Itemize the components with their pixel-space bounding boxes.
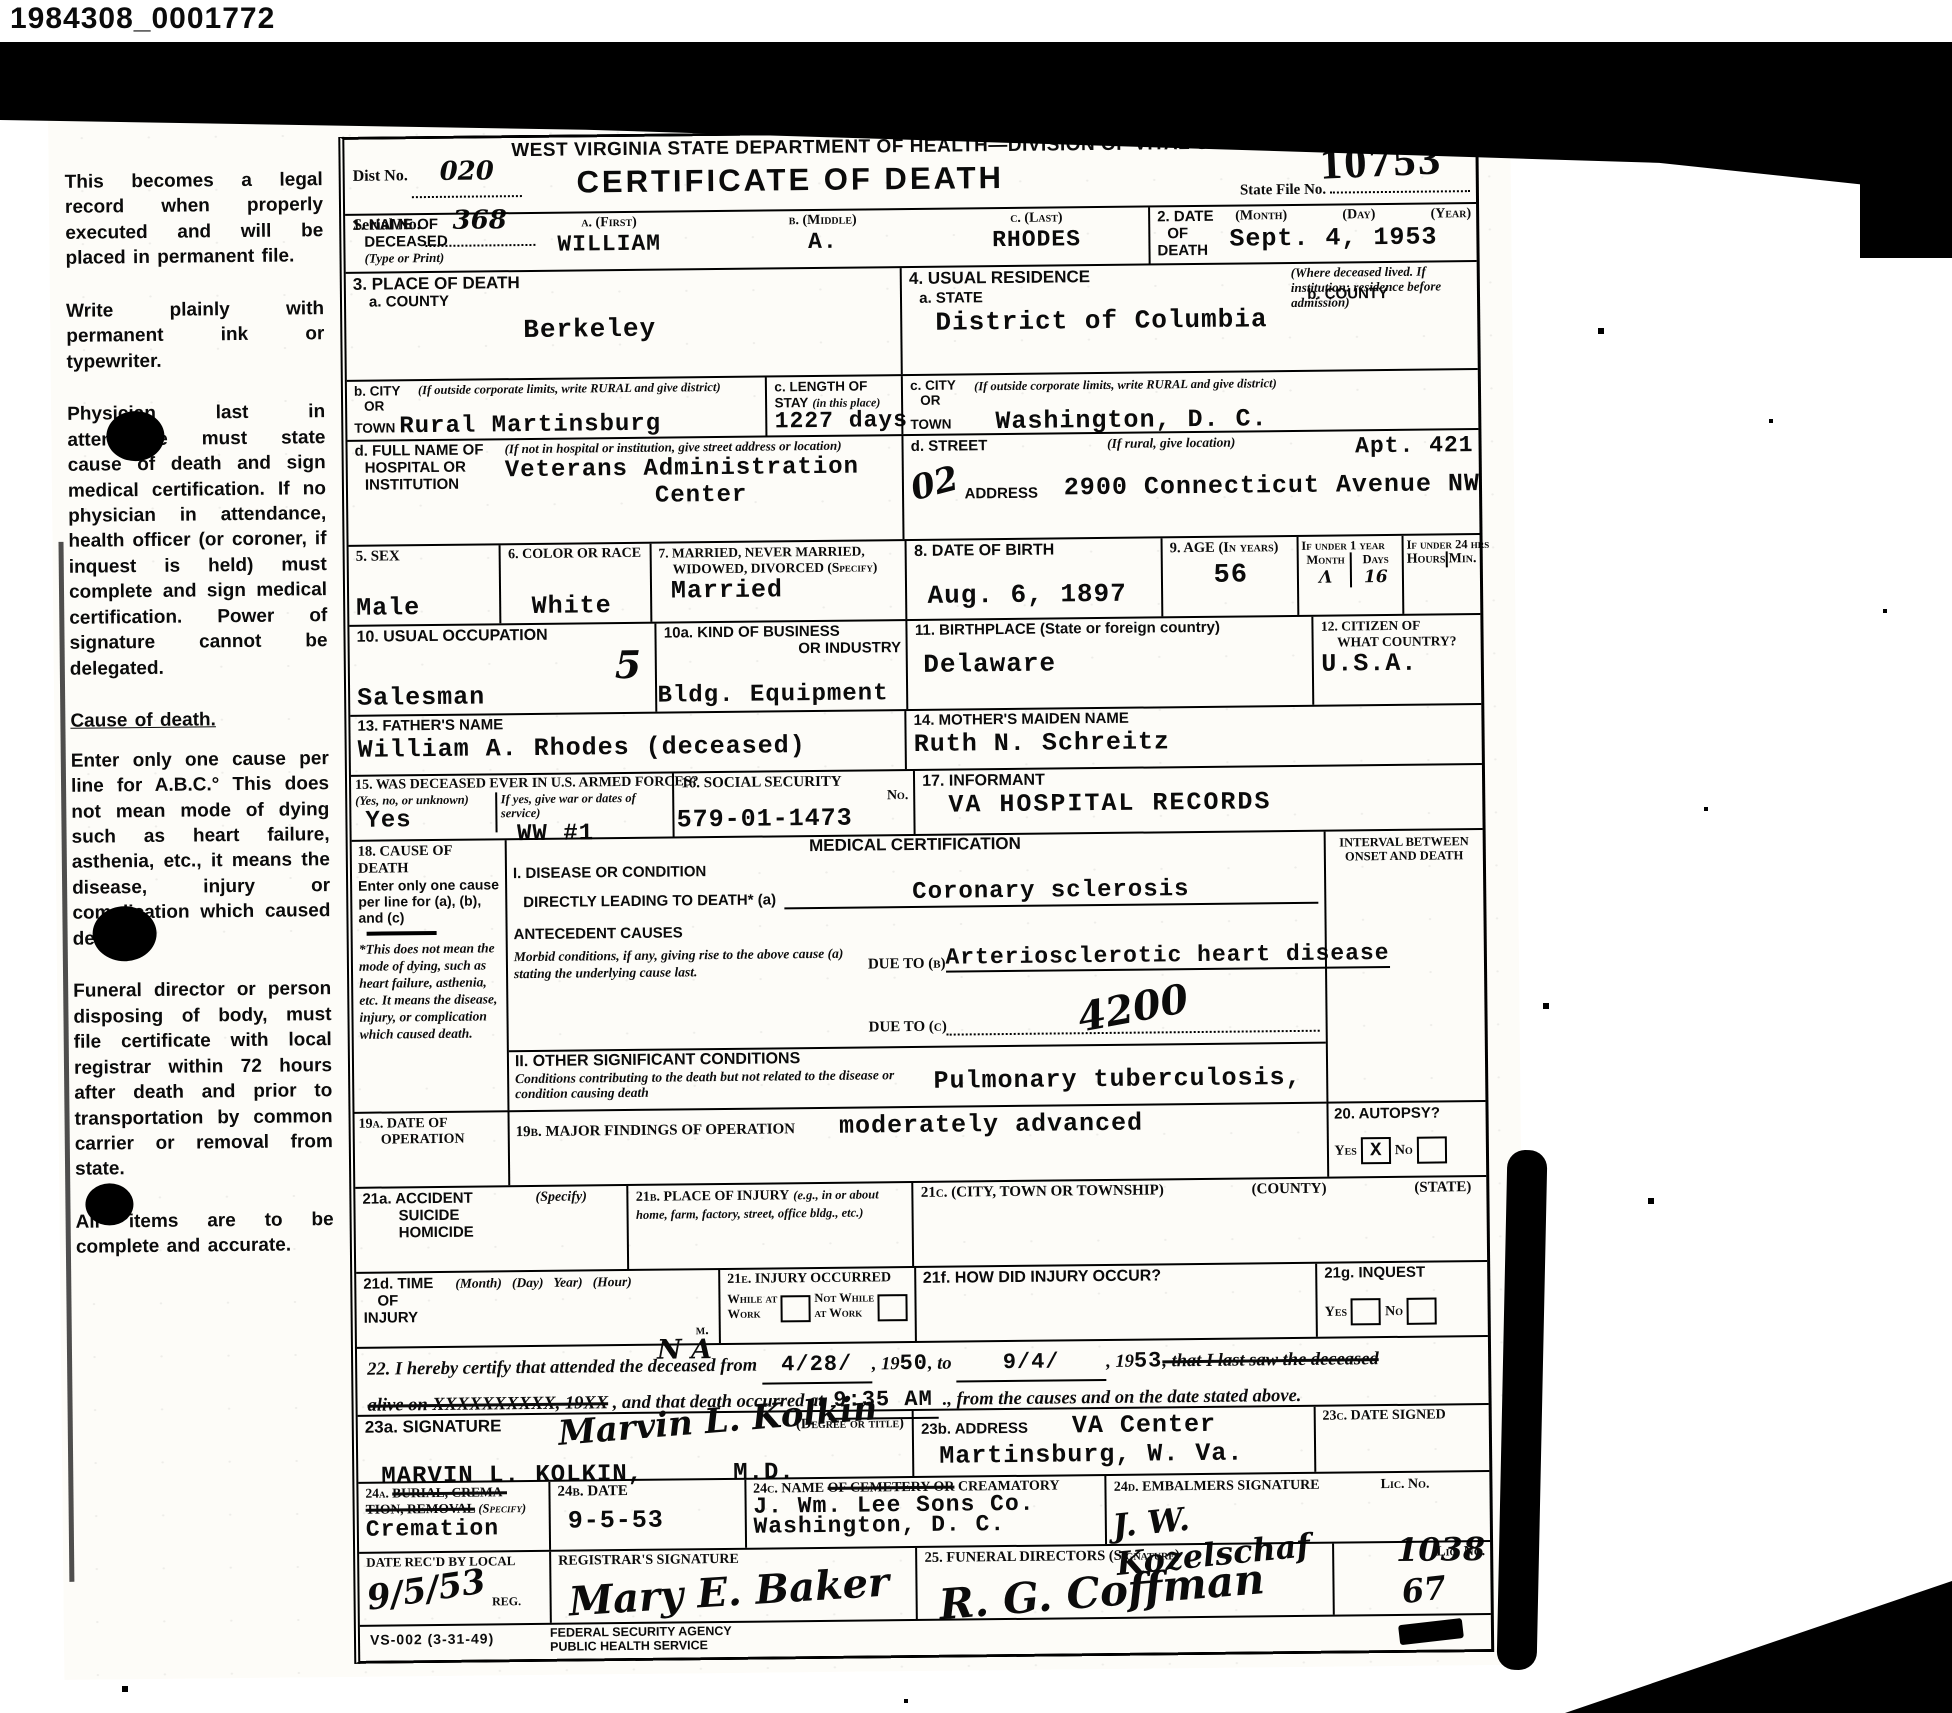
- row-21abc: 21a. ACCIDENT (Specify) SUICIDE HOMICIDE…: [355, 1175, 1487, 1272]
- injury-city-label: 21c. (CITY, TOWN OR TOWNSHIP): [921, 1182, 1164, 1202]
- row-occupation: 10. USUAL OCCUPATION Salesman 5 10a. KIN…: [349, 613, 1481, 715]
- field-25-funeral-director: 25. FUNERAL DIRECTORS (Signature) R. G. …: [916, 1544, 1333, 1619]
- how-injury-label: 21f. HOW DID INJURY OCCUR?: [923, 1266, 1311, 1288]
- under1-month-mark: Λ: [1302, 567, 1350, 588]
- disposition-value: Cremation: [366, 1515, 544, 1543]
- field-20-autopsy: 20. AUTOPSY? Yes X No: [1326, 1100, 1486, 1177]
- field-9-under-24-hrs: If under 24 hrs Hours Min.: [1401, 535, 1480, 614]
- field-3d-hospital: d. FULL NAME OF HOSPITAL OR INSTITUTION …: [347, 436, 902, 545]
- marital-label-1: 7. MARRIED, NEVER MARRIED,: [658, 543, 900, 561]
- field-24d-embalmer: 24d. EMBALMERS SIGNATURE Lic. No. J. W. …: [1105, 1472, 1490, 1544]
- other-conditions-value: Pulmonary tuberculosis,: [933, 1063, 1301, 1098]
- forces-war-note: If yes, give war or dates of service): [501, 791, 673, 822]
- ssn-value: 579-01-1473: [676, 804, 852, 835]
- certify-struck-1: , that I last saw the deceased: [1162, 1349, 1379, 1371]
- field-11-birthplace: 11. BIRTHPLACE (State or foreign country…: [906, 617, 1313, 709]
- sex-value: Male: [356, 593, 420, 623]
- agency-line-2: PUBLIC HEALTH SERVICE: [550, 1639, 708, 1655]
- field-21a-accident-suicide-homicide: 21a. ACCIDENT (Specify) SUICIDE HOMICIDE: [355, 1186, 627, 1272]
- certify-to-label: , to: [928, 1354, 952, 1374]
- accident-label-3: HOMICIDE: [363, 1223, 623, 1243]
- field-19b-major-findings: 19b. MAJOR FINDINGS OF OPERATION moderat…: [509, 1102, 1326, 1186]
- certify-hand-na: N A: [657, 1329, 712, 1371]
- field-21g-inquest: 21g. INQUEST Yes No: [1315, 1262, 1488, 1337]
- medical-certification-section: 18. CAUSE OF DEATH Enter only one cause …: [352, 828, 1487, 1187]
- accident-label-1: 21a. ACCIDENT: [362, 1190, 472, 1208]
- other-conditions-note: Conditions contributing to the death but…: [515, 1067, 934, 1102]
- race-value: White: [531, 591, 611, 621]
- disposition-label: 24a.: [365, 1486, 389, 1501]
- field-12-citizen: 12. CITIZEN OF WHAT COUNTRY? U.S.A.: [1312, 615, 1481, 705]
- antecedent-label: ANTECEDENT CAUSES: [513, 923, 867, 944]
- sidebar-rule: [367, 931, 437, 936]
- disease-value: Coronary sclerosis: [912, 876, 1190, 906]
- name-label-3: (Type or Print): [352, 250, 502, 267]
- state-file-label: State File No.: [1240, 180, 1470, 199]
- under1-label: If under 1 year: [1301, 538, 1399, 553]
- age-label: 9. AGE (In years): [1170, 539, 1292, 557]
- field-7-marital-status: 7. MARRIED, NEVER MARRIED, WIDOWED, DIVO…: [649, 541, 905, 622]
- field-9-under-1-year: If under 1 year Month Λ Days 16: [1296, 536, 1402, 615]
- field-registrar-signature: REGISTRAR'S SIGNATURE Mary E. Baker: [549, 1548, 916, 1623]
- field-8-date-of-birth: 8. DATE OF BIRTH Aug. 6, 1897: [905, 538, 1161, 619]
- under1-days-mark: 16: [1352, 567, 1400, 588]
- under1-days-label: Days: [1352, 552, 1400, 567]
- marital-label-2: WIDOWED, DIVORCED (Specify): [659, 559, 901, 577]
- due-c-label: DUE TO (c): [868, 1018, 946, 1036]
- degree-or-title-note: (Degree or title): [796, 1415, 904, 1433]
- sex-label: 5. SEX: [356, 547, 495, 566]
- margin-para-funeral-director: Funeral director or person disposing of …: [73, 976, 333, 1182]
- embalmer-lic-label: Lic. No.: [1380, 1477, 1429, 1494]
- director-lic-label: Lic. No.: [1341, 1544, 1485, 1562]
- citizen-value: U.S.A.: [1321, 648, 1476, 679]
- medical-certification-center: MEDICAL CERTIFICATION I. DISEASE OR COND…: [507, 832, 1326, 1111]
- time-of-injury-label-1: 21d. TIME: [363, 1275, 433, 1293]
- field-23b-address: 23b. ADDRESS VA Center Martinsburg, W. V…: [912, 1407, 1314, 1476]
- field-17-informant: 17. INFORMANT VA HOSPITAL RECORDS: [913, 765, 1483, 834]
- mother-value: Ruth N. Schreitz: [914, 724, 1477, 759]
- under24-label: If under 24 hrs: [1406, 537, 1477, 552]
- scan-id: 1984308_0001772: [10, 2, 275, 36]
- cause-note-1: Enter only one cause per line for (a), (…: [358, 878, 501, 927]
- row-sex-race-age: 5. SEX Male 6. COLOR OR RACE White 7. MA…: [349, 533, 1481, 625]
- certify-from-date: 4/28/: [781, 1352, 852, 1378]
- usual-residence-label: 4. USUAL RESIDENCE: [909, 267, 1090, 288]
- pod-city-label-1: b. CITY: [354, 383, 418, 399]
- field-3-place-of-death: 3. PLACE OF DEATH a. COUNTY Berkeley: [346, 268, 901, 380]
- certify-to-year: 53: [1134, 1348, 1163, 1373]
- findings-label: 19b. MAJOR FINDINGS OF OPERATION: [516, 1121, 796, 1140]
- hospital-value-2: Center: [505, 480, 897, 511]
- certify-19b: , 19: [1106, 1352, 1134, 1372]
- field-3b-city-or-town: b. CITY OR (If outside corporate limits,…: [347, 378, 766, 440]
- stay-label-1: c. LENGTH OF: [774, 378, 896, 394]
- footer-smudge: [1398, 1618, 1464, 1645]
- field-3c-length-of-stay: c. LENGTH OF STAY (in this place) 1227 d…: [765, 376, 901, 435]
- place-of-injury-label: 21b. PLACE OF INJURY: [636, 1188, 790, 1205]
- field-other-significant-conditions: II. OTHER SIGNIFICANT CONDITIONS Conditi…: [509, 1042, 1326, 1111]
- field-24a-disposition: 24a. BURIAL, CREMA- TION, REMOVAL (Speci…: [358, 1482, 549, 1552]
- field-date-received: DATE REC'D BY LOCAL 9/5/53 REG.: [359, 1552, 550, 1625]
- field-9-age: 9. AGE (In years) 56: [1161, 537, 1298, 616]
- birthplace-value: Delaware: [923, 646, 1307, 680]
- name-label-2: DECEASED: [352, 233, 502, 251]
- occupation-hand-mark: 5: [614, 642, 641, 687]
- year-label: (Year): [1430, 206, 1471, 223]
- business-value: Bldg. Equipment: [657, 680, 888, 709]
- row-24-disposition: 24a. BURIAL, CREMA- TION, REMOVAL (Speci…: [358, 1470, 1490, 1552]
- antecedent-note: Morbid conditions, if any, giving rise t…: [514, 944, 868, 983]
- father-value: William A. Rhodes (deceased): [358, 730, 900, 765]
- due-b-value: Arteriosclerotic heart disease: [945, 940, 1389, 971]
- date-of-death-label-1: 2. DATE: [1157, 209, 1214, 226]
- not-while-at-work-checkbox: [877, 1294, 907, 1321]
- field-14-mother: 14. MOTHER'S MAIDEN NAME Ruth N. Schreit…: [905, 705, 1482, 769]
- birth-date-label: 8. DATE OF BIRTH: [914, 540, 1156, 560]
- certify-to-date: 9/4/: [1003, 1349, 1060, 1375]
- hospital-label-1: d. FULL NAME OF: [354, 442, 504, 460]
- street-label-1: d. STREET: [911, 437, 988, 455]
- birth-date-value: Aug. 6, 1897: [927, 579, 1127, 611]
- business-label-2: OR INDUSTRY: [664, 640, 901, 659]
- row-place-residence: 3. PLACE OF DEATH a. COUNTY Berkeley 4. …: [346, 260, 1478, 380]
- street-hand-mark: 02: [907, 458, 963, 509]
- address-value-2: Martinsburg, W. Va.: [939, 1438, 1309, 1471]
- injury-county-label: (COUNTY): [1251, 1181, 1326, 1199]
- margin-heading-cause-of-death: Cause of death.: [70, 706, 328, 734]
- disposition-specify: (Specify): [478, 1501, 526, 1515]
- signature-label: 23a. SIGNATURE: [365, 1416, 502, 1436]
- field-2-date-of-death: 2. DATE OF DEATH (Month) (Day) (Year) Se…: [1148, 204, 1477, 263]
- field-13-father: 13. FATHER'S NAME William A. Rhodes (dec…: [350, 711, 905, 775]
- street-value-apt: Apt. 421: [1355, 432, 1474, 459]
- due-b-label: DUE TO (b): [868, 955, 946, 973]
- cause-of-death-label: 18. CAUSE OF DEATH: [358, 842, 501, 877]
- autopsy-yes-label: Yes: [1334, 1143, 1356, 1158]
- res-city-label-3: TOWN: [910, 417, 951, 432]
- field-4d-street-address: d. STREET (If rural, give location) Apt.…: [902, 430, 1480, 539]
- hospital-value-1: Veterans Administration: [505, 453, 897, 484]
- pod-city-label-2: OR: [354, 398, 418, 414]
- forces-note: (Yes, no, or unknown): [355, 792, 496, 808]
- pod-city-note: (If outside corporate limits, write RURA…: [418, 380, 721, 413]
- inquest-no-label: No: [1385, 1304, 1403, 1319]
- due-c-hand-value: 4200: [1074, 975, 1192, 1042]
- res-city-label-1: c. CITY: [910, 377, 974, 393]
- age-value: 56: [1170, 560, 1292, 591]
- forces-value: Yes: [365, 807, 496, 835]
- autopsy-yes-checkbox: X: [1361, 1137, 1391, 1164]
- certify-19a: , 19: [872, 1354, 900, 1374]
- field-24b-date: 24b. DATE 9-5-53: [548, 1480, 744, 1550]
- certify-pre: 22. I hereby certify that: [367, 1358, 545, 1380]
- time-of-injury-columns: (Month) (Day) Year) (Hour): [455, 1274, 632, 1291]
- scanned-death-certificate-page: 1984308_0001772 This becomes a legal rec…: [0, 0, 1952, 1713]
- field-4-usual-residence: 4. USUAL RESIDENCE (Where deceased lived…: [900, 262, 1478, 374]
- field-21e-injury-occurred: 21e. INJURY OCCURRED While at Work Not W…: [718, 1268, 914, 1343]
- autopsy-no-label: No: [1395, 1143, 1413, 1158]
- while-at-work-label-1: While at: [727, 1292, 777, 1307]
- first-name-value: WILLIAM: [502, 230, 716, 258]
- street-note: (If rural, give location): [1107, 435, 1236, 462]
- field-21c-city-county-state: 21c. (CITY, TOWN OR TOWNSHIP) (COUNTY) (…: [912, 1177, 1487, 1266]
- field-1-name-of-deceased: 1. NAME OF DECEASED (Type or Print) a. (…: [345, 207, 1149, 271]
- res-city-label-2: OR: [910, 392, 974, 408]
- marital-value: Married: [671, 574, 901, 605]
- while-at-work-label-2: Work: [727, 1307, 760, 1321]
- director-lic-value: 67: [1399, 1564, 1487, 1611]
- disposition-date-value: 9-5-53: [568, 1505, 740, 1536]
- field-18-cause-of-death-sidebar: 18. CAUSE OF DEATH Enter only one cause …: [352, 840, 510, 1112]
- autopsy-label: 20. AUTOPSY?: [1334, 1105, 1480, 1123]
- county-label: a. COUNTY: [353, 289, 895, 311]
- address-value-1: VA Center: [1072, 1410, 1216, 1441]
- row-23-signature: 23a. SIGNATURE Marvin L. Kolkin (Degree …: [358, 1403, 1490, 1482]
- certify-from-year: 50: [899, 1351, 928, 1376]
- disposition-struck-1: BURIAL, CREMA-: [392, 1484, 507, 1500]
- citizen-label-2: WHAT COUNTRY?: [1321, 633, 1476, 650]
- occupation-label: 10. USUAL OCCUPATION: [356, 626, 650, 647]
- field-director-lic-no: Lic. No. 67: [1332, 1542, 1491, 1615]
- field-10a-business: 10a. KIND OF BUSINESS OR INDUSTRY Bldg. …: [655, 621, 907, 712]
- margin-para-write-plainly: Write plainly with permanent ink or type…: [66, 296, 325, 375]
- field-19a-date-of-operation: 19a. DATE OF OPERATION: [354, 1110, 510, 1187]
- county-value: Berkeley: [523, 312, 895, 346]
- inquest-no-checkbox: [1407, 1297, 1437, 1324]
- middle-name-value: A.: [716, 228, 930, 256]
- race-label: 6. COLOR OR RACE: [508, 546, 645, 564]
- under1-month-label: Month: [1301, 553, 1349, 568]
- last-name-value: RHODES: [930, 226, 1144, 254]
- form-number: VS-002 (3-31-49): [370, 1630, 494, 1647]
- hospital-label-2: HOSPITAL OR: [355, 459, 505, 477]
- interval-label-1: INTERVAL BETWEEN: [1329, 834, 1479, 850]
- field-23c-date-signed: 23c. DATE SIGNED: [1313, 1405, 1489, 1472]
- autopsy-no-checkbox: [1417, 1136, 1447, 1163]
- field-21f-how-injury-occurred: 21f. HOW DID INJURY OCCUR?: [914, 1264, 1316, 1341]
- inquest-yes-checkbox: [1351, 1298, 1381, 1325]
- birthplace-label: 11. BIRTHPLACE (State or foreign country…: [915, 619, 1307, 640]
- informant-value: VA HOSPITAL RECORDS: [948, 785, 1477, 820]
- agency-line-1: FEDERAL SECURITY AGENCY: [550, 1624, 732, 1640]
- day-label: (Day): [1342, 207, 1375, 223]
- margin-para-legal-record: This becomes a legal record when properl…: [65, 167, 324, 272]
- res-city-note: (If outside corporate limits, write RURA…: [974, 374, 1277, 407]
- under24-hours-label: Hours: [1407, 552, 1446, 568]
- while-at-work-checkbox: [780, 1295, 810, 1322]
- field-16-social-security: 16. SOCIAL SECURITY No. 579-01-1473: [672, 771, 914, 837]
- scan-artifact-bottom-right: [1522, 1563, 1952, 1713]
- field-22-certification: N A 22. I hereby certify that attended t…: [357, 1335, 1489, 1415]
- disposition-date-label: 24b. DATE: [557, 1482, 739, 1501]
- field-21b-place-of-injury: 21b. PLACE OF INJURY (e.g., in or about …: [627, 1183, 913, 1269]
- disposition-struck-2: TION, REMOVAL: [366, 1500, 475, 1516]
- date-of-death-value: Sept. 4, 1953: [1229, 222, 1471, 254]
- not-while-at-work-label-2: at Work: [814, 1306, 862, 1320]
- residence-note-1: (Where deceased lived.: [1291, 264, 1414, 280]
- operation-date-label-1: 19a. DATE OF: [359, 1115, 504, 1133]
- interval-label-2: ONSET AND DEATH: [1329, 848, 1479, 864]
- field-6-color-or-race: 6. COLOR OR RACE White: [499, 544, 650, 624]
- pod-city-label-3: TOWN: [354, 421, 395, 436]
- time-of-injury-label-3: INJURY: [364, 1307, 714, 1327]
- address-label: 23b. ADDRESS: [921, 1420, 1028, 1438]
- state-value: District of Columbia: [935, 304, 1267, 337]
- field-23a-signature: 23a. SIGNATURE Marvin L. Kolkin (Degree …: [358, 1411, 913, 1482]
- row-25-registrar: DATE REC'D BY LOCAL 9/5/53 REG. REGISTRA…: [359, 1540, 1491, 1625]
- field-disease-leading-to-death: I. DISEASE OR CONDITION DIRECTLY LEADING…: [507, 858, 1324, 926]
- injury-occurred-label: 21e. INJURY OCCURRED: [727, 1270, 912, 1288]
- field-5-sex: 5. SEX Male: [349, 545, 500, 625]
- date-received-label-2: REG.: [492, 1595, 521, 1609]
- field-4c-residence-city: c. CITY OR (If outside corporate limits,…: [901, 370, 1478, 434]
- operation-date-label-2: OPERATION: [359, 1131, 504, 1149]
- date-of-death-label-2: OF: [1157, 226, 1214, 243]
- row-21defg: 21d. TIME (Month) (Day) Year) (Hour) OF …: [356, 1260, 1488, 1347]
- stay-value: 1227 days: [775, 407, 897, 434]
- disease-label-2: DIRECTLY LEADING TO DEATH* (a): [513, 892, 776, 912]
- hospital-label-3: INSTITUTION: [355, 476, 505, 494]
- street-value-address: 2900 Connecticut Avenue NW: [1064, 469, 1480, 502]
- row-forces-ssn-informant: 15. WAS DECEASED EVER IN U.S. ARMED FORC…: [351, 763, 1483, 840]
- occupation-value: Salesman: [357, 682, 485, 712]
- row-hospital-street: d. FULL NAME OF HOSPITAL OR INSTITUTION …: [347, 428, 1479, 545]
- citizen-label-1: 12. CITIZEN OF: [1321, 617, 1476, 634]
- date-signed-label: 23c. DATE SIGNED: [1322, 1407, 1483, 1425]
- scan-noise-specks: [0, 0, 2, 2]
- crematory-value-2: Washington, D. C.: [753, 1510, 1100, 1540]
- inquest-label: 21g. INQUEST: [1324, 1264, 1482, 1282]
- date-of-death-label-3: DEATH: [1157, 242, 1214, 259]
- field-15-armed-forces: 15. WAS DECEASED EVER IN U.S. ARMED FORC…: [351, 774, 673, 840]
- inquest-yes-label: Yes: [1325, 1304, 1347, 1319]
- accident-specify: (Specify): [535, 1189, 586, 1206]
- street-label-2: ADDRESS: [964, 486, 1038, 504]
- field-10-occupation: 10. USUAL OCCUPATION Salesman 5: [349, 624, 655, 715]
- cause-note-2: *This does not mean the mode of dying, s…: [359, 941, 503, 1044]
- field-antecedent-causes: ANTECEDENT CAUSES Morbid conditions, if …: [507, 917, 1325, 1051]
- findings-value: moderately advanced: [839, 1109, 1143, 1141]
- state-file-blank-line: [1330, 190, 1470, 193]
- certify-mid-1: attended the deceased from: [550, 1356, 757, 1378]
- certificate-sheet: This becomes a legal record when properl…: [48, 97, 1526, 1680]
- injury-state-label: (STATE): [1414, 1179, 1471, 1197]
- not-while-at-work-label-1: Not While: [814, 1291, 874, 1306]
- under24-min-label: Min.: [1445, 551, 1478, 567]
- scan-artifact-top-right: [1860, 140, 1952, 258]
- name-label-1: 1. NAME OF: [352, 216, 502, 234]
- interval-column: INTERVAL BETWEEN ONSET AND DEATH: [1323, 830, 1485, 1102]
- field-24c-crematory: 24c. NAME OF CEMETERY OR CREAMATORY J. W…: [744, 1476, 1105, 1548]
- month-label: (Month): [1235, 208, 1287, 225]
- margin-instructions: This becomes a legal record when properl…: [65, 167, 335, 1287]
- certificate-form: Dist No.020 Serial No.368 WEST VIRGINIA …: [338, 125, 1494, 1664]
